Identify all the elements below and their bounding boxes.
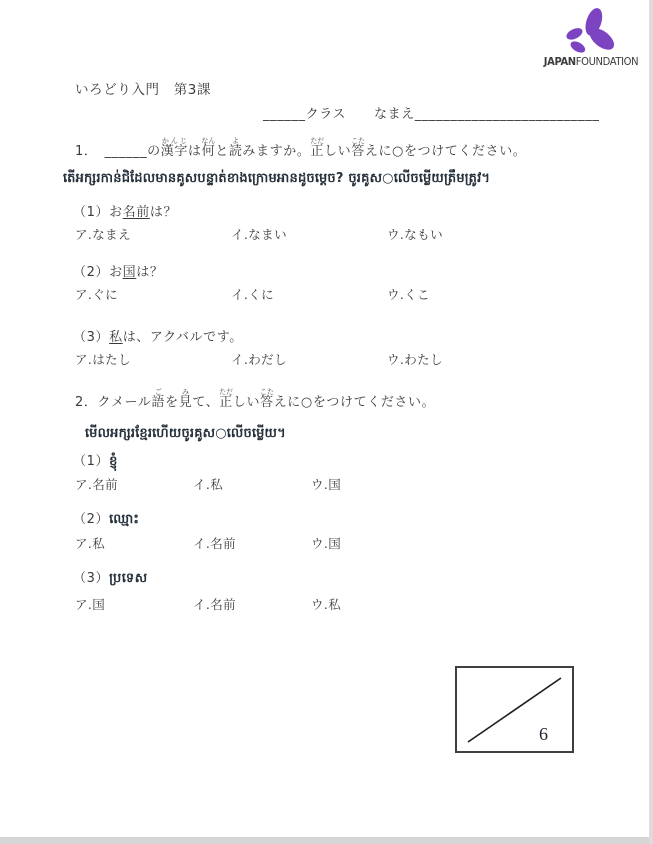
option-u: ウ.私 — [311, 595, 341, 613]
option-a: ア.私 — [75, 534, 193, 552]
s1-item2-options: ア.ぐにイ.くにウ.くこ — [75, 285, 430, 303]
option-u: ウ.国 — [311, 475, 341, 493]
option-u: ウ.くこ — [387, 285, 430, 303]
class-name-line: ______クラスなまえ__________________________ — [263, 103, 599, 122]
japan-foundation-logo: JAPANFOUNDATION — [541, 7, 641, 68]
option-i: イ.くに — [231, 285, 387, 303]
worksheet-page: JAPANFOUNDATION いろどり入門 第3課 ______クラスなまえ_… — [0, 0, 653, 844]
option-i: イ.わだし — [231, 350, 387, 368]
butterfly-logo-icon — [562, 7, 620, 55]
s1-item1-prompt: （1）お名前は？ — [73, 201, 177, 220]
s2-item1-prompt: （1）ខ្ញុំ — [73, 450, 118, 472]
name-label: なまえ — [374, 107, 415, 122]
score-value: 6 — [539, 724, 548, 745]
section1-instruction-khmer: តើអក្សរកាន់ជិដែលមានគូសបន្ទាត់ខាងក្រោមអាន… — [63, 170, 490, 189]
option-i: イ.名前 — [193, 595, 311, 613]
page-title: いろどり入門 第3課 — [75, 78, 211, 98]
option-a: ア.はたし — [75, 350, 231, 368]
s1-item3-options: ア.はたしイ.わだしウ.わたし — [75, 350, 443, 368]
section1-heading: 1． ______の漢字かんじは何なんと読よみますか。正ただしい答こたえに○をつ… — [75, 137, 526, 159]
score-box: 6 — [455, 666, 574, 753]
s2-item3-options: ア.国イ.名前ウ.私 — [75, 595, 341, 613]
logo-word-japan: JAPAN — [544, 56, 576, 68]
section2-heading: 2．クメール語ごを見みて、正ただしい答こたえに○をつけてください。 — [75, 388, 435, 410]
s1-item1-options: ア.なまえイ.なまいウ.なもい — [75, 225, 443, 243]
option-a: ア.国 — [75, 595, 193, 613]
s2-item1-options: ア.名前イ.私ウ.国 — [75, 475, 341, 493]
s2-item2-options: ア.私イ.名前ウ.国 — [75, 534, 341, 552]
section2-instruction-khmer: មើលអក្សរខ្មែរហើយចូរគូស○លើចម្លើយ។ — [85, 425, 286, 444]
option-a: ア.なまえ — [75, 225, 231, 243]
option-u: ウ.わたし — [387, 350, 443, 368]
s2-item3-prompt: （3）ប្រទេស — [73, 567, 148, 589]
s2-item2-prompt: （2）ឈ្មោះ — [73, 508, 140, 530]
class-blank-line: ______ — [263, 107, 306, 122]
class-label: クラス — [306, 107, 346, 122]
name-blank-line: __________________________ — [415, 107, 600, 122]
option-i: イ.なまい — [231, 225, 387, 243]
option-i: イ.私 — [193, 475, 311, 493]
logo-wordmark: JAPANFOUNDATION — [544, 56, 639, 68]
score-diagonal-line — [457, 668, 572, 751]
s1-item2-prompt: （2）お国は？ — [73, 261, 163, 280]
logo-word-foundation: FOUNDATION — [576, 56, 638, 68]
option-u: ウ.国 — [311, 534, 341, 552]
s1-item3-prompt: （3）私は、アクバルです。 — [73, 326, 243, 345]
option-u: ウ.なもい — [387, 225, 443, 243]
option-a: ア.名前 — [75, 475, 193, 493]
option-a: ア.ぐに — [75, 285, 231, 303]
option-i: イ.名前 — [193, 534, 311, 552]
